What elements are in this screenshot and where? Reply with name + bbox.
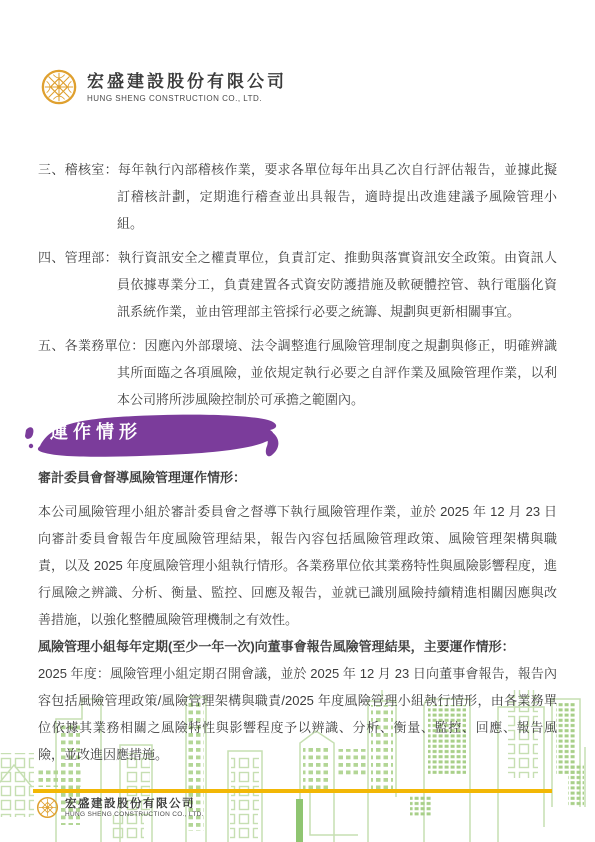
item-text: 執行資訊安全之權責單位，負責訂定、推動與落實資訊安全政策。由資訊人員依據專業分工… — [117, 250, 557, 319]
section-banner: 運作情形 — [22, 408, 288, 458]
company-name-en: HUNG SHENG CONSTRUCTION CO., LTD. — [87, 94, 287, 103]
document-body: 三、稽核室：每年執行內部稽核作業，要求各單位每年出具乙次自行評估報告，並據此擬訂… — [38, 156, 557, 768]
subsection-heading-audit-committee: 審計委員會督導風險管理運作情形： — [38, 464, 557, 491]
subsection-body-board-report: 2025 年度：風險管理小組定期召開會議，並於 2025 年 12 月 23 日… — [38, 660, 557, 768]
item-text: 每年執行內部稽核作業，要求各單位每年出具乙次自行評估報告，並據此擬訂稽核計劃，定… — [117, 162, 557, 231]
pdf-page: 宏盛建設股份有限公司 HUNG SHENG CONSTRUCTION CO., … — [0, 0, 595, 842]
footer-logo: 宏盛建設股份有限公司 HUNG SHENG CONSTRUCTION CO., … — [36, 796, 204, 819]
subsection-body-audit-committee: 本公司風險管理小組於審計委員會之督導下執行風險管理作業，並於 2025 年 12… — [38, 498, 557, 633]
item-text: 因應內外部環境、法令調整進行風險管理制度之規劃與修正，明確辨識其所面臨之各項風險… — [117, 338, 557, 407]
list-item-admin-dept: 四、管理部：執行資訊安全之權責單位，負責訂定、推動與落實資訊安全政策。由資訊人員… — [38, 244, 557, 325]
footer-company-name-en: HUNG SHENG CONSTRUCTION CO., LTD. — [65, 811, 204, 818]
section-title: 運作情形 — [50, 421, 142, 443]
item-label: 四、管理部： — [38, 250, 118, 265]
company-name-zh: 宏盛建設股份有限公司 — [87, 72, 287, 92]
footer-company-name-zh: 宏盛建設股份有限公司 — [65, 797, 204, 810]
company-emblem-icon — [40, 68, 78, 106]
subsection-heading-board-report: 風險管理小組每年定期(至少一年一次)向董事會報告風險管理結果，主要運作情形： — [38, 633, 557, 660]
item-label: 五、各業務單位： — [38, 338, 145, 353]
list-item-audit-office: 三、稽核室：每年執行內部稽核作業，要求各單位每年出具乙次自行評估報告，並據此擬訂… — [38, 156, 557, 237]
header-logo: 宏盛建設股份有限公司 HUNG SHENG CONSTRUCTION CO., … — [40, 68, 287, 106]
item-label: 三、稽核室： — [38, 162, 118, 177]
list-item-business-units: 五、各業務單位：因應內外部環境、法令調整進行風險管理制度之規劃與修正，明確辨識其… — [38, 332, 557, 413]
gold-divider — [33, 789, 552, 793]
company-emblem-icon — [36, 796, 59, 819]
